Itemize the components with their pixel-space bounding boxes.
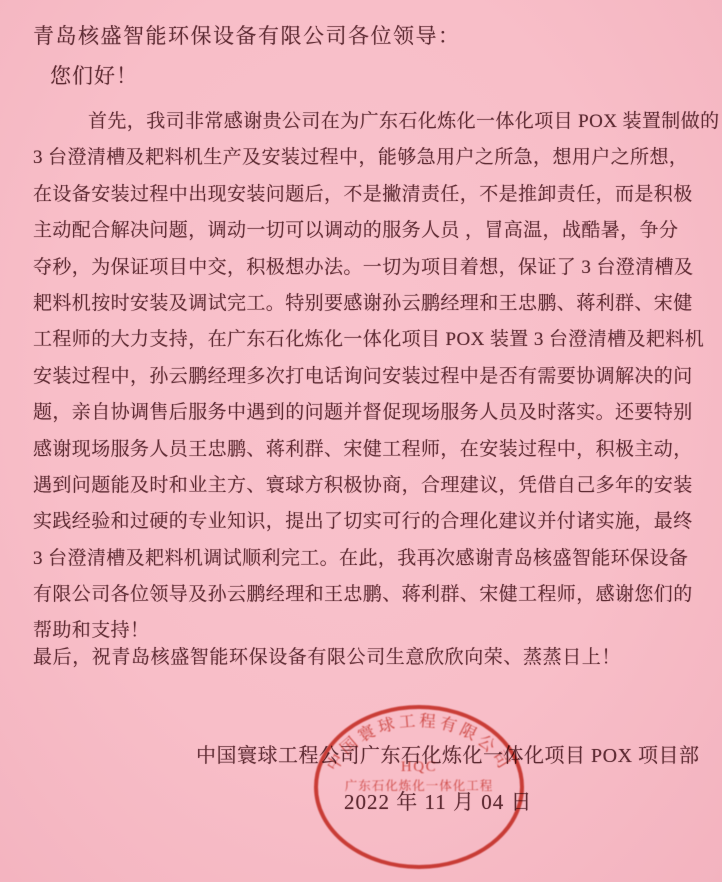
greeting: 您们好！ (50, 60, 138, 90)
body-line: 耙料机按时安装及调试完工。特别要感谢孙云鹏经理和王忠鹏、蒋利群、宋健 (33, 286, 702, 322)
body-line: 安装过程中，孙云鹏经理多次打电话询问安装过程中是否有需要协调解决的问 (33, 359, 702, 395)
body-line: 在设备安装过程中出现安装问题后，不是撇清责任，不是推卸责任，而是积极 (33, 177, 702, 213)
body-line: 遇到问题能及时和业主方、寰球方积极协商，合理建议，凭借自己多年的安装 (33, 468, 702, 504)
salutation: 青岛核盛智能环保设备有限公司各位领导： (33, 20, 461, 50)
body-line: 感谢现场服务人员王忠鹏、蒋利群、宋健工程师，在安装过程中，积极主动， (33, 432, 702, 468)
body-line: 3 台澄清槽及耙料机生产及安装过程中，能够急用户之所急，想用户之所想， (33, 140, 702, 176)
letter-page: 青岛核盛智能环保设备有限公司各位领导： 您们好！ 首先，我司非常感谢贵公司在为广… (0, 0, 722, 882)
body-line: 主动配合解决问题，调动一切可以调动的服务人员 ，冒高温，战酷暑，争分 (33, 213, 702, 249)
seal-center-code: HQC (401, 759, 437, 775)
closing-wish-line: 最后，祝青岛核盛智能环保设备有限公司生意欣欣向荣、蒸蒸日上！ (33, 642, 621, 669)
body-line: 首先，我司非常感谢贵公司在为广东石化炼化一体化项目 POX 装置制做的 (33, 104, 702, 140)
letter-body: 首先，我司非常感谢贵公司在为广东石化炼化一体化项目 POX 装置制做的 3 台澄… (33, 104, 702, 650)
body-line: 夺秒，为保证项目中交，积极想办法。一切为项目着想，保证了 3 台澄清槽及 (33, 250, 702, 286)
seal-project-text: 广东石化炼化一体化工程 (345, 778, 494, 793)
body-line: 题，亲自协调售后服务中遇到的问题并督促现场服务人员及时落实。还要特别 (33, 395, 702, 431)
body-line: 工程师的大力支持，在广东石化炼化一体化项目 POX 装置 3 台澄清槽及耙料机 (33, 322, 702, 358)
body-line: 实践经验和过硬的专业知识，提出了切实可行的合理化建议并付诸实施，最终 (33, 504, 702, 540)
company-seal-stamp: 中国寰球工程有限公司 HQC 广东石化炼化一体化工程 (303, 700, 535, 878)
body-line: 3 台澄清槽及耙料机调试顺利完工。在此，我再次感谢青岛核盛智能环保设备 (33, 541, 702, 577)
body-line: 有限公司各位领导及孙云鹏经理和王忠鹏、蒋利群、宋健工程师，感谢您们的 (33, 577, 702, 613)
